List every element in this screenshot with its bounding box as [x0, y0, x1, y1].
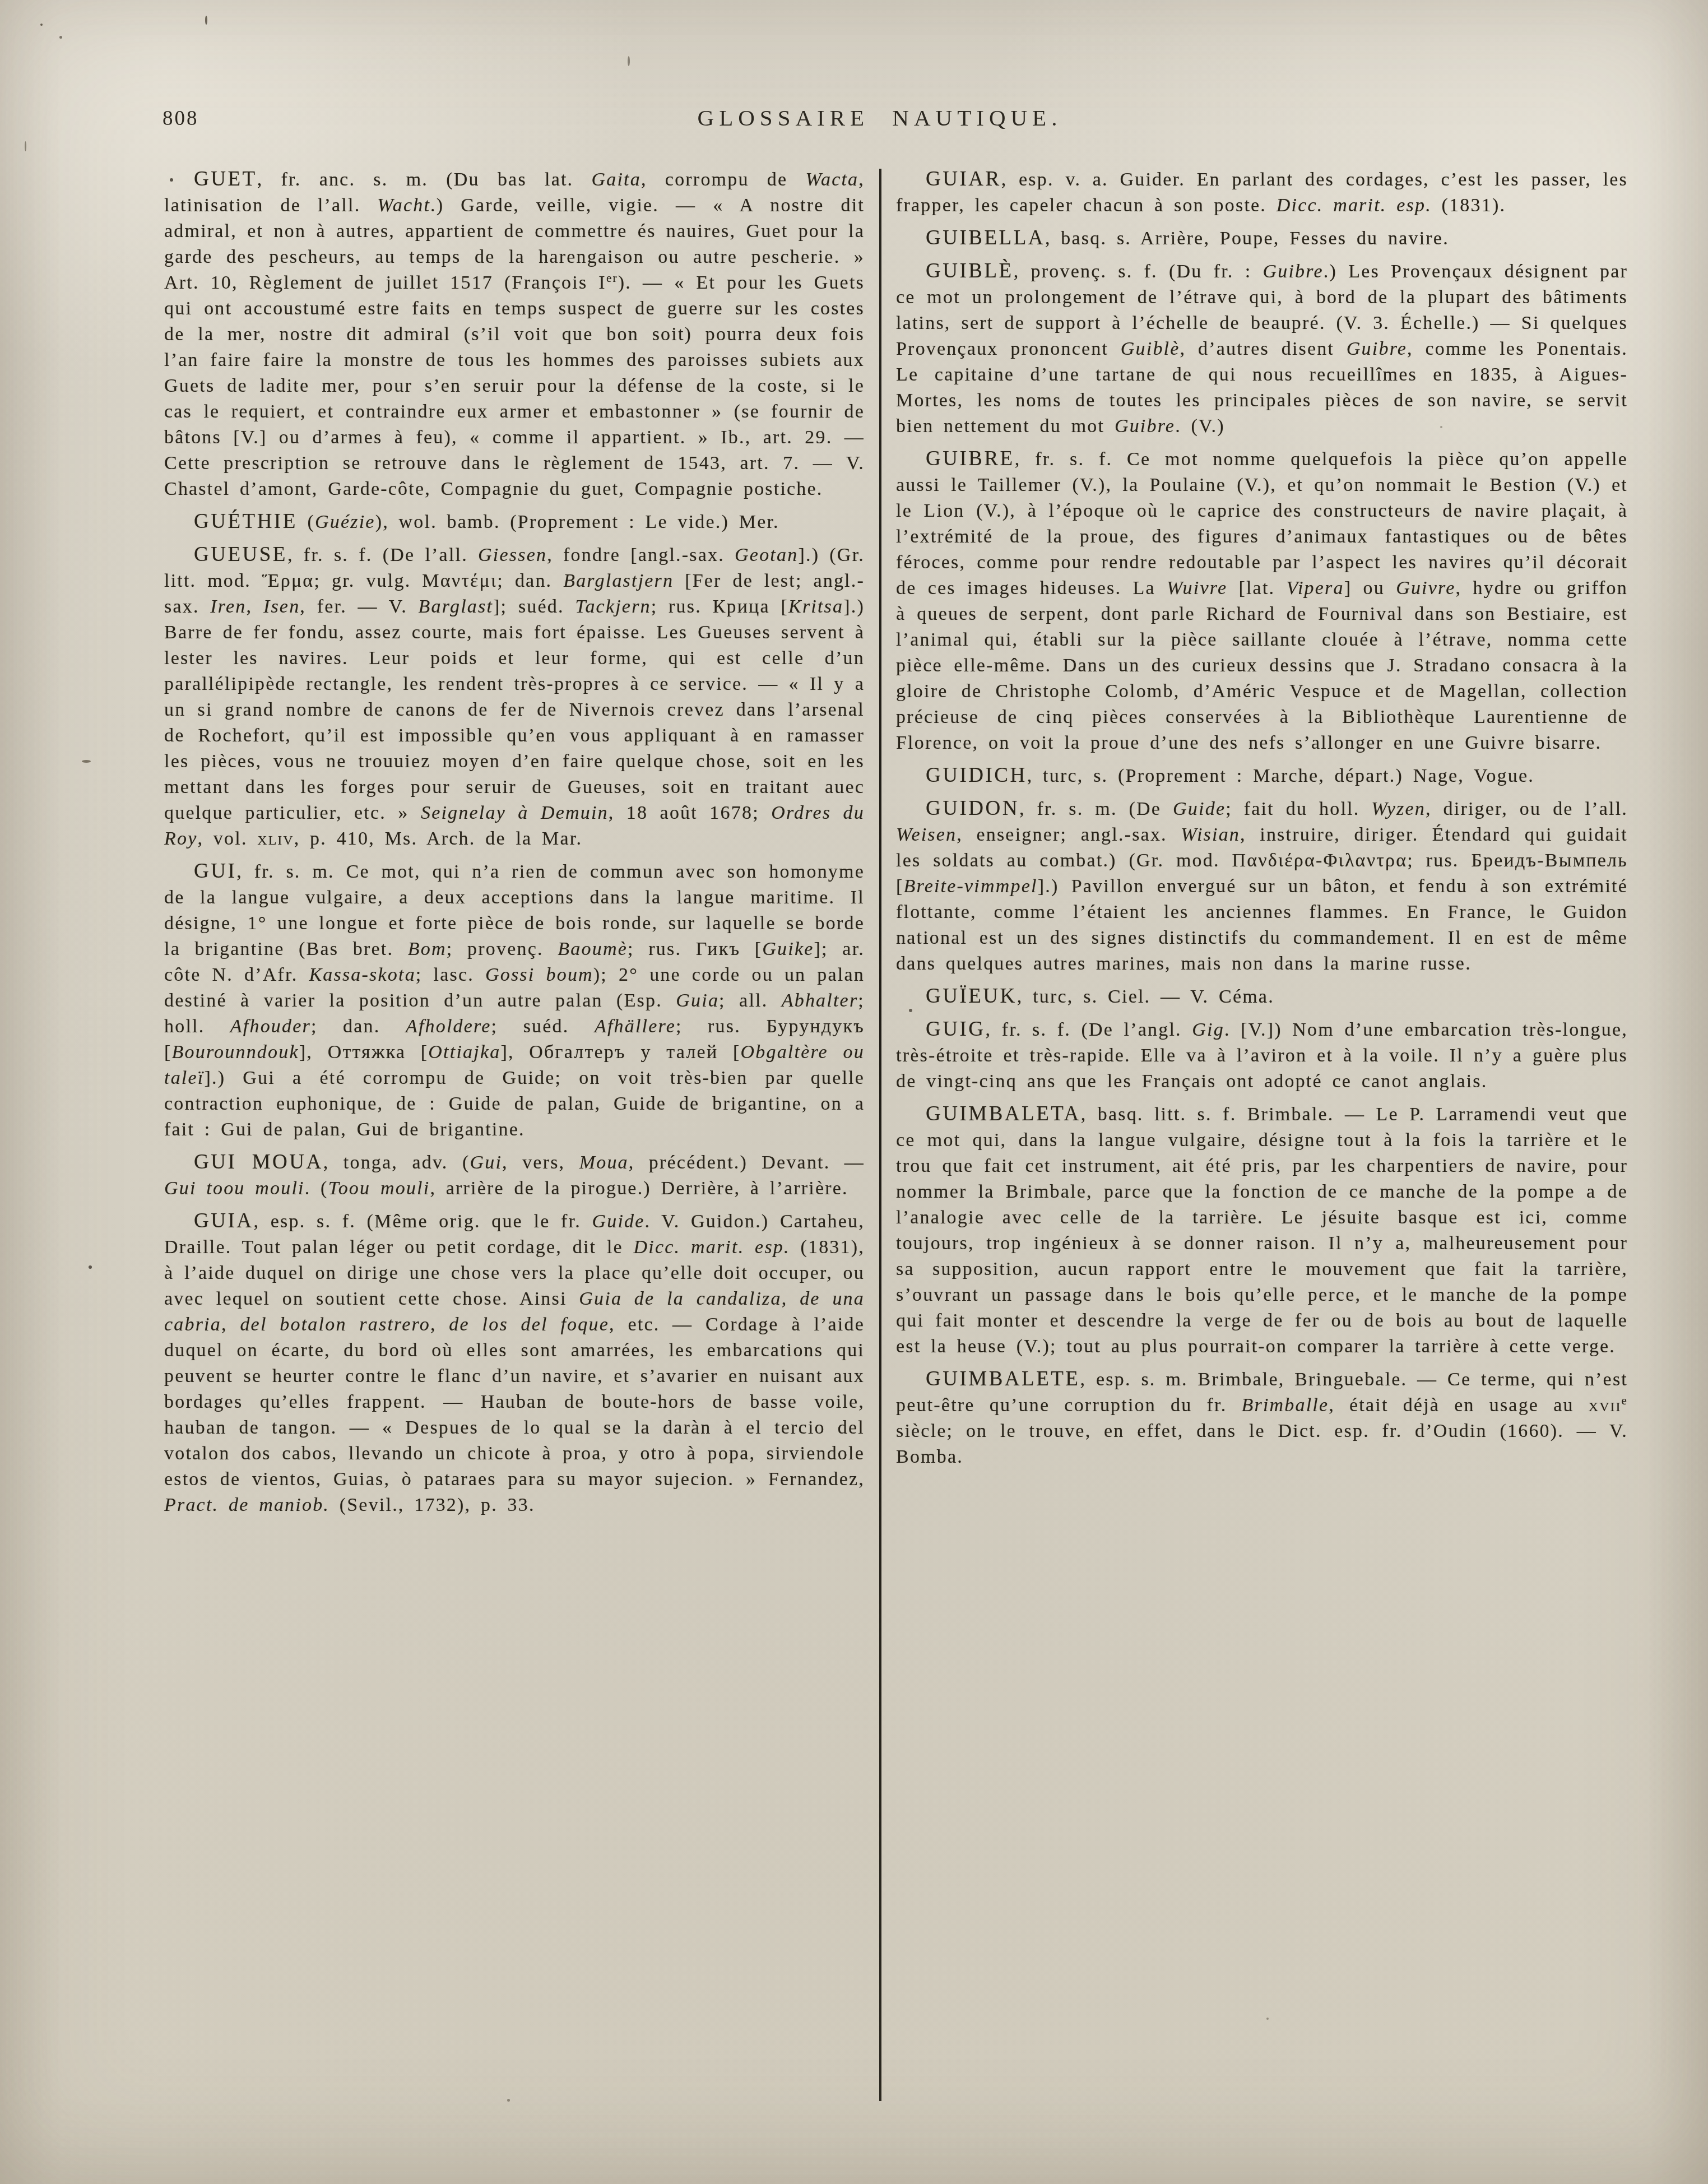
entry-text-run: Guide [592, 1211, 645, 1232]
entry-text-run: e [1621, 1394, 1628, 1407]
entry-headword: GUI MOUA [194, 1151, 323, 1174]
dictionary-entry: GUIDICH, turc, s. (Proprement : Marche, … [896, 763, 1628, 789]
entry-text-run: ; provenç. [447, 939, 558, 959]
entry-text-run: , p. 410, Ms. Arch. de la Mar. [294, 828, 582, 849]
entry-text-run: ].) Gui a été corrompu de Guide; on voit… [164, 1068, 865, 1140]
entry-text-run: Wuivre [1167, 578, 1227, 599]
entry-text-run: Breite-vimmpel [904, 876, 1038, 897]
entry-text-run: , provenç. s. f. (Du fr. : [1014, 261, 1263, 282]
entry-headword: GUIBELLA [926, 226, 1045, 249]
paper-speck [205, 16, 207, 25]
entry-text-run: , enseigner; angl.-sax. [957, 824, 1181, 845]
paper-speck [628, 56, 630, 66]
entry-text-run: ; all. [719, 990, 782, 1011]
entry-text-run: xliv [257, 828, 294, 849]
entry-text-run: (1831). [1432, 195, 1506, 216]
entry-text-run: , basq. s. Arrière, Poupe, Fesses du nav… [1045, 228, 1449, 249]
entry-text-run: Barglast [419, 596, 493, 617]
entry-text-run: Vipera [1287, 578, 1344, 599]
dictionary-entry: GUIMBALETE, esp. s. m. Brimbale, Bringue… [896, 1366, 1628, 1470]
entry-headword: GUIMBALETA [926, 1102, 1081, 1125]
dictionary-entry: GUIBELLA, basq. s. Arrière, Poupe, Fesse… [896, 225, 1628, 252]
entry-text-run: , 18 août 1678; [609, 803, 771, 823]
entry-text-run: siècle; on le trouve, en effet, dans le … [896, 1421, 1628, 1467]
entry-headword: GUIMBALETE [926, 1367, 1080, 1390]
entry-text-run: ], Оттяжка [ [299, 1042, 429, 1063]
entry-text-run: Dicc. marit. esp. [1277, 195, 1432, 216]
dictionary-entry: GUIBRE, fr. s. f. Ce mot nomme quelquefo… [896, 446, 1628, 756]
entry-text-run: Gig [1192, 1019, 1224, 1040]
entry-text-run: Guibre [1115, 416, 1175, 437]
entry-text-run: , turc, s. (Proprement : Marche, départ.… [1027, 766, 1534, 786]
entry-text-run: , fr. s. f. (De l’angl. [985, 1019, 1192, 1040]
entry-text-run: , hydre ou griffon à queues de serpent, … [896, 578, 1628, 753]
entry-headword: GUIBRE [926, 447, 1015, 470]
entry-text-run: ; rus. Крица [ [651, 596, 788, 617]
entry-text-run: , fr. s. f. Ce mot nomme quelquefois la … [896, 449, 1628, 599]
dictionary-entry: GUEUSE, fr. s. f. (De l’all. Giessen, fo… [164, 542, 865, 852]
entry-text-run: ). — « Et pour les Guets qui ont accoust… [164, 272, 865, 499]
entry-text-run: , vol. [197, 828, 257, 849]
entry-text-run: [lat. [1227, 578, 1286, 599]
entry-headword: GUIDICH [926, 764, 1027, 787]
entry-text-run: ; lasc. [416, 965, 485, 985]
entry-text-run: Gui [470, 1152, 502, 1173]
entry-text-run: Pract. de maniob. [164, 1495, 329, 1515]
paper-speck [59, 36, 62, 39]
entry-text-run: , corrompu de [641, 169, 806, 190]
right-column: GUIAR, esp. v. a. Guider. En parlant des… [896, 166, 1628, 1477]
entry-text-run: Baoumè [558, 939, 628, 959]
entry-text-run: ]; suéd. [493, 596, 575, 617]
column-divider-rule [879, 169, 881, 2101]
entry-text-run: , [782, 1288, 800, 1309]
entry-headword: GUI [194, 860, 236, 883]
entry-text-run: Afhouder [230, 1016, 311, 1037]
dictionary-entry: GUIG, fr. s. f. (De l’angl. Gig. [V.]) N… [896, 1017, 1628, 1095]
text-columns: GUET, fr. anc. s. m. (Du bas lat. Gaita,… [164, 166, 1632, 2101]
paper-speck [89, 1265, 92, 1269]
dictionary-entry: GUÏEUK, turc, s. Ciel. — V. Céma. [896, 984, 1628, 1010]
entry-text-run: del botalon rastrero [240, 1314, 430, 1335]
entry-text-run: ], Обгалтеръ у талей [ [500, 1042, 740, 1063]
entry-text-run: xvii [1589, 1395, 1622, 1416]
entry-text-run: Guike [762, 939, 814, 959]
entry-text-run: Wacta [806, 169, 859, 190]
entry-headword: GUIA [194, 1209, 253, 1232]
entry-text-run: ( [298, 512, 315, 532]
entry-text-run: , [221, 1314, 240, 1335]
entry-headword: GUIAR [926, 168, 1001, 191]
entry-text-run: Guide [1173, 799, 1226, 819]
entry-text-run: , fr. s. f. (De l’all. [287, 545, 478, 565]
entry-text-run: . ( [305, 1178, 328, 1199]
entry-text-run: Geotan [735, 545, 798, 565]
entry-text-run: Guia [676, 990, 719, 1011]
entry-text-run: , diriger, ou de l’all. [1426, 799, 1628, 819]
entry-text-run: , fr. s. m. (De [1019, 799, 1173, 819]
entry-headword: GUÏEUK [926, 985, 1017, 1008]
entry-text-run: Dicc. marit. esp. [634, 1237, 790, 1258]
entry-text-run: , était déjà en usage au [1329, 1395, 1589, 1416]
book-page: 808 GLOSSAIRE NAUTIQUE. GUET, fr. anc. s… [0, 0, 1708, 2184]
entry-text-run: , basq. litt. s. f. Brimbale. — Le P. La… [896, 1104, 1628, 1357]
entry-text-run: Guibre [1263, 261, 1324, 282]
entry-text-run: Wisian [1181, 824, 1240, 845]
page-title: GLOSSAIRE NAUTIQUE. [0, 104, 1708, 131]
entry-text-run: Kassa-skota [309, 965, 415, 985]
entry-text-run: , esp. s. f. (Même orig. que le fr. [253, 1211, 592, 1232]
entry-headword: GUIBLÈ [926, 259, 1014, 282]
entry-text-run: Ottiajka [428, 1042, 500, 1063]
entry-text-run: ; rus. Гикъ [ [628, 939, 762, 959]
paper-speck [82, 760, 91, 763]
entry-text-run: de los del foque [449, 1314, 609, 1335]
entry-text-run: Gui toou mouli [164, 1178, 305, 1199]
paper-speck [40, 24, 43, 26]
entry-text-run: , tonga, adv. ( [323, 1152, 470, 1173]
paper-speck [25, 141, 26, 151]
entry-text-run: , turc, s. Ciel. — V. Céma. [1017, 986, 1274, 1007]
entry-text-run: ; fait du holl. [1226, 799, 1371, 819]
entry-headword: GUIDON [926, 797, 1019, 820]
entry-text-run: Guézie [315, 512, 375, 532]
entry-text-run: Seignelay à Demuin [421, 803, 609, 823]
entry-text-run: ] ou [1344, 578, 1396, 599]
entry-text-run: , fer. — V. [300, 596, 418, 617]
entry-text-run: , etc. — Cordage à l’aide duquel on écar… [164, 1314, 865, 1490]
entry-text-run: Moua [579, 1152, 629, 1173]
entry-text-run: Afhällere [595, 1016, 676, 1037]
entry-text-run: Guivre [1396, 578, 1455, 599]
entry-text-run: . (V.) [1175, 416, 1225, 437]
entry-text-run: ].) Barre de fer fondu, assez courte, ma… [164, 596, 865, 823]
entry-text-run: , [247, 596, 263, 617]
entry-text-run: , fr. anc. s. m. (Du bas lat. [257, 169, 592, 190]
entry-text-run: Guiblè [1121, 339, 1180, 359]
dictionary-entry: GUIMBALETA, basq. litt. s. f. Brimbale. … [896, 1101, 1628, 1360]
entry-text-run: Wacht [377, 195, 430, 216]
dictionary-entry: GUI, fr. s. m. Ce mot, qui n’a rien de c… [164, 859, 865, 1143]
left-column: GUET, fr. anc. s. m. (Du bas lat. Gaita,… [164, 166, 865, 1525]
entry-text-run: Isen [263, 596, 300, 617]
entry-headword: GUÉTHIE [194, 510, 298, 533]
entry-text-run: , précédent.) Devant. — [629, 1152, 865, 1173]
entry-text-run: Tackjern [575, 596, 651, 617]
dictionary-entry: GUET, fr. anc. s. m. (Du bas lat. Gaita,… [164, 166, 865, 502]
dictionary-entry: GUÉTHIE (Guézie), wol. bamb. (Proprement… [164, 509, 865, 535]
entry-text-run: Afholdere [406, 1016, 491, 1037]
entry-text-run: er [606, 271, 618, 285]
entry-text-run: ; suéd. [491, 1016, 595, 1037]
dictionary-entry: GUI MOUA, tonga, adv. (Gui, vers, Moua, … [164, 1149, 865, 1202]
entry-text-run: Abhalter [782, 990, 858, 1011]
entry-text-run: Toou mouli [328, 1178, 430, 1199]
dictionary-entry: GUIDON, fr. s. m. (De Guide; fait du hol… [896, 796, 1628, 977]
entry-text-run: Bom [408, 939, 447, 959]
entry-text-run: Kritsa [788, 596, 843, 617]
entry-text-run: Weisen [896, 824, 957, 845]
entry-text-run: Wyzen [1371, 799, 1426, 819]
entry-headword: GUET [194, 168, 257, 191]
entry-text-run: Gaita [592, 169, 641, 190]
entry-text-run: , d’autres disent [1180, 339, 1347, 359]
entry-headword: GUEUSE [194, 543, 287, 566]
entry-text-run: Barglastjern [563, 571, 674, 591]
entry-text-run: ), wol. bamb. (Proprement : Le vide.) Me… [375, 512, 779, 532]
entry-text-run: , [430, 1314, 449, 1335]
dictionary-entry: GUIBLÈ, provenç. s. f. (Du fr. : Guibre.… [896, 258, 1628, 439]
dictionary-entry: GUIAR, esp. v. a. Guider. En parlant des… [896, 166, 1628, 219]
entry-text-run: , esp. v. a. Guider. En parlant des cord… [896, 169, 1628, 216]
dictionary-entry: GUIA, esp. s. f. (Même orig. que le fr. … [164, 1208, 865, 1518]
entry-text-run: , arrière de la pirogue.) Derrière, à l’… [430, 1178, 848, 1199]
entry-text-run: Brimballe [1242, 1395, 1329, 1416]
entry-text-run: Gossi boum [485, 965, 593, 985]
entry-text-run: Guibre [1347, 339, 1407, 359]
entry-text-run: Giessen [478, 545, 547, 565]
entry-text-run: ; dan. [311, 1016, 406, 1037]
entry-text-run: Iren [210, 596, 246, 617]
entry-text-run: Guia de la candaliza [579, 1288, 781, 1309]
entry-text-run: (Sevil., 1732), p. 33. [329, 1495, 535, 1515]
entry-headword: GUIG [926, 1018, 985, 1041]
entry-text-run: Bourounndouk [172, 1042, 299, 1063]
entry-text-run: , fondre [angl.-sax. [547, 545, 735, 565]
entry-text-run: , vers, [502, 1152, 579, 1173]
